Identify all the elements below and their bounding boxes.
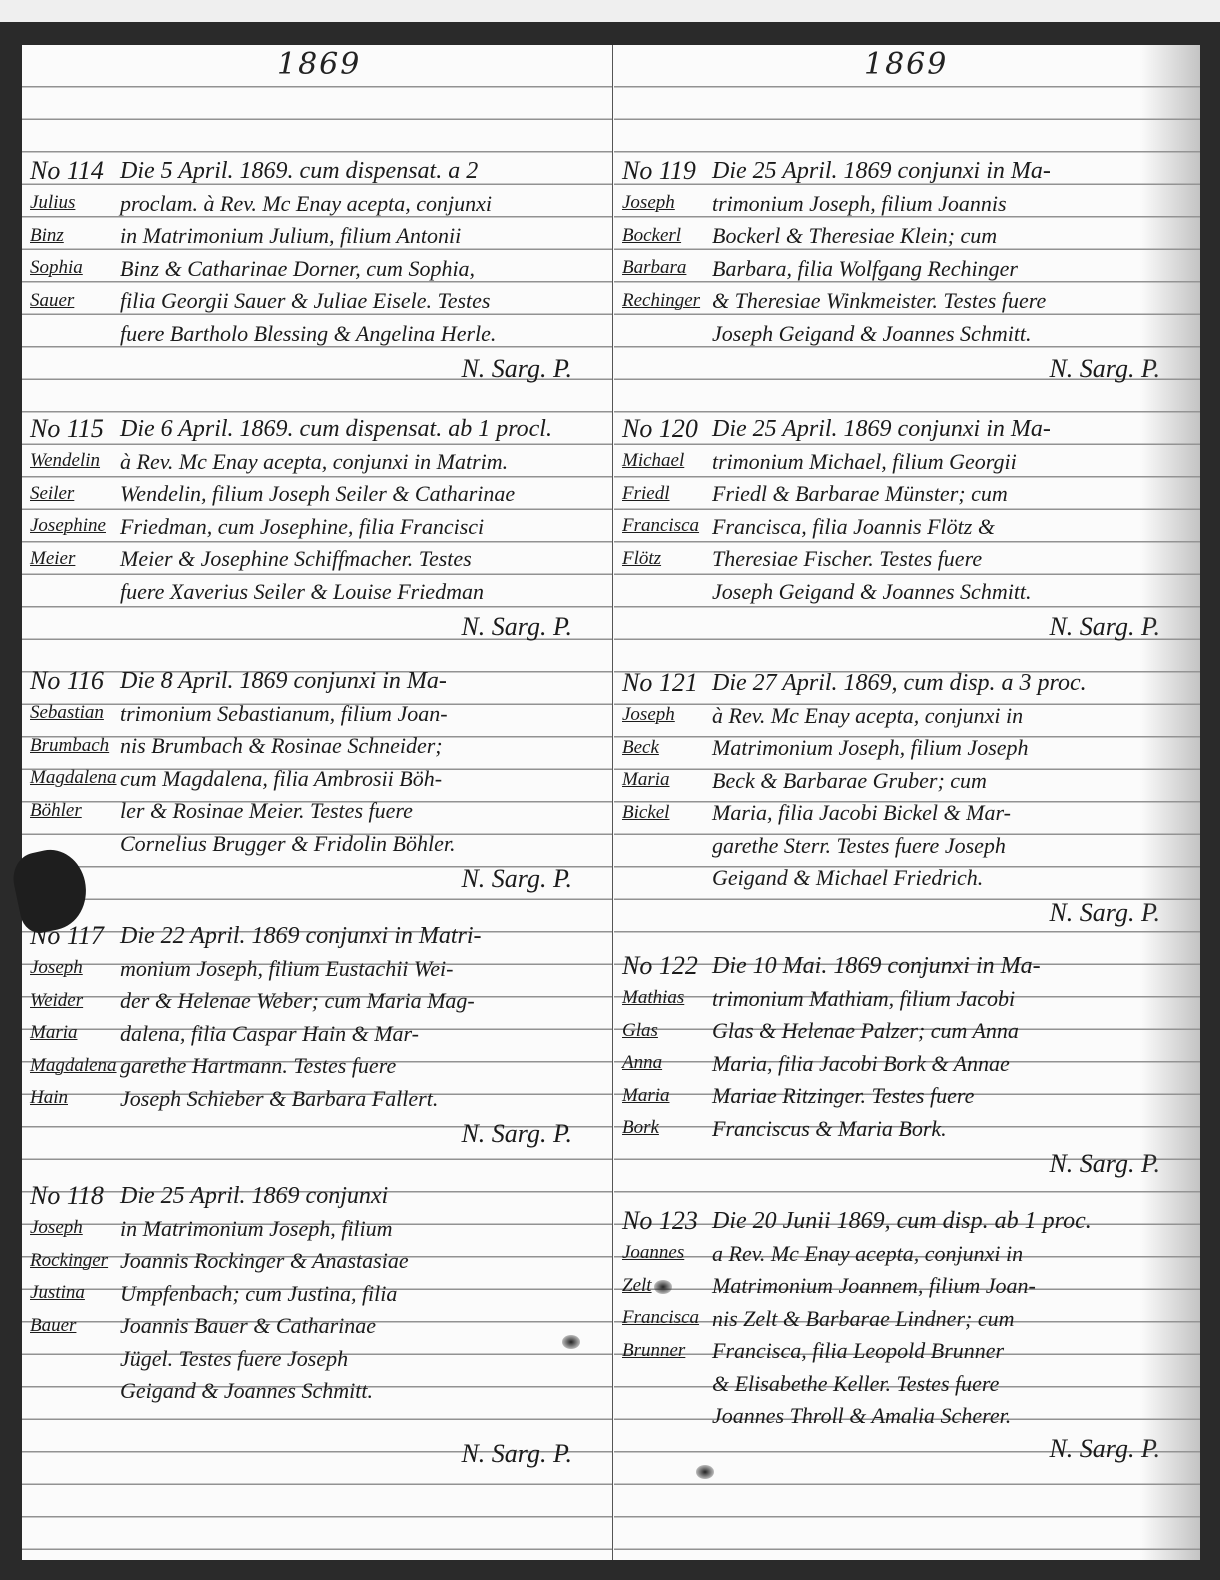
entry-first-line: Die 8 April. 1869 conjunxi in Ma- — [120, 665, 447, 697]
margin-name: Josephine — [30, 510, 120, 543]
margin-name: Flötz — [622, 543, 712, 576]
margin-name: Joseph — [30, 1212, 120, 1245]
margin-name: Maria — [622, 764, 712, 797]
entry-line: nis Brumbach & Rosinae Schneider; — [120, 730, 604, 763]
entry-number: No 122 — [622, 950, 698, 982]
ink-smudge — [654, 1280, 672, 1294]
entry-line: Francisca, filia Joannis Flötz & — [712, 511, 1192, 544]
left-page: 1869 No 114 Die 5 April. 1869. cum dispe… — [22, 45, 613, 1560]
priest-signature: N. Sarg. P. — [461, 1118, 572, 1150]
margin-name: Brumbach — [30, 730, 120, 763]
entry-line: Cornelius Brugger & Fridolin Böhler. — [120, 828, 604, 861]
priest-signature: N. Sarg. P. — [461, 863, 572, 895]
entry-line: Joseph Geigand & Joannes Schmitt. — [712, 576, 1192, 609]
entry-line: trimonium Michael, filium Georgii — [712, 446, 1192, 479]
entry-body: trimonium Joseph, filium Joannis Bockerl… — [712, 188, 1192, 351]
entry-line: monium Joseph, filium Eustachii Wei- — [120, 953, 604, 986]
entry-first-line: Die 25 April. 1869 conjunxi in Ma- — [712, 155, 1051, 187]
entry-number: No 123 — [622, 1205, 698, 1237]
margin-name: Maria — [622, 1080, 712, 1113]
entry-line: Francisca, filia Leopold Brunner — [712, 1335, 1192, 1368]
register-entry: No 122 Die 10 Mai. 1869 conjunxi in Ma- … — [614, 950, 1200, 1190]
margin-names: Joseph Rockinger Justina Bauer — [30, 1212, 120, 1342]
priest-signature: N. Sarg. P. — [1049, 611, 1160, 643]
entry-line: cum Magdalena, filia Ambrosii Böh- — [120, 763, 604, 796]
entry-line: Joannes Throll & Amalia Scherer. — [712, 1400, 1192, 1433]
register-entry: No 118 Die 25 April. 1869 conjunxi Josep… — [22, 1180, 612, 1480]
entry-number: No 115 — [30, 413, 104, 445]
margin-name: Sauer — [30, 285, 120, 318]
margin-name: Seiler — [30, 478, 120, 511]
entry-line: Maria, filia Jacobi Bickel & Mar- — [712, 797, 1192, 830]
entry-number: No 116 — [30, 665, 104, 697]
margin-name: Brunner — [622, 1335, 712, 1368]
entry-first-line: Die 20 Junii 1869, cum disp. ab 1 proc. — [712, 1205, 1092, 1237]
entry-line: Binz & Catharinae Dorner, cum Sophia, — [120, 253, 604, 286]
margin-name: Bauer — [30, 1310, 120, 1343]
margin-name: Joseph — [622, 187, 712, 220]
margin-names: Julius Binz Sophia Sauer — [30, 187, 120, 317]
margin-names: Joseph Weider Maria Magdalena Hain — [30, 952, 120, 1115]
entry-line: Meier & Josephine Schiffmacher. Testes — [120, 543, 604, 576]
entry-number: No 120 — [622, 413, 698, 445]
margin-name: Maria — [30, 1017, 120, 1050]
entry-line: Franciscus & Maria Bork. — [712, 1113, 1192, 1146]
entry-line: & Theresiae Winkmeister. Testes fuere — [712, 285, 1192, 318]
margin-name: Friedl — [622, 478, 712, 511]
register-entry: No 123 Die 20 Junii 1869, cum disp. ab 1… — [614, 1205, 1200, 1485]
entry-line: fuere Bartholo Blessing & Angelina Herle… — [120, 318, 604, 351]
margin-name: Julius — [30, 187, 120, 220]
margin-name: Francisca — [622, 510, 712, 543]
entry-line: trimonium Sebastianum, filium Joan- — [120, 698, 604, 731]
entry-line: Beck & Barbarae Gruber; cum — [712, 765, 1192, 798]
entry-line: Jügel. Testes fuere Joseph — [120, 1343, 604, 1376]
register-entry: No 121 Die 27 April. 1869, cum disp. a 3… — [614, 667, 1200, 927]
entry-line: Theresiae Fischer. Testes fuere — [712, 543, 1192, 576]
entry-line: nis Zelt & Barbarae Lindner; cum — [712, 1303, 1192, 1336]
entry-first-line: Die 10 Mai. 1869 conjunxi in Ma- — [712, 950, 1041, 982]
margin-name: Anna — [622, 1047, 712, 1080]
entry-number: No 119 — [622, 155, 696, 187]
ink-smudge — [696, 1465, 714, 1479]
priest-signature: N. Sarg. P. — [1049, 897, 1160, 929]
entry-body: à Rev. Mc Enay acepta, conjunxi in Matri… — [712, 700, 1192, 895]
entry-line: dalena, filia Caspar Hain & Mar- — [120, 1018, 604, 1051]
margin-names: Wendelin Seiler Josephine Meier — [30, 445, 120, 575]
entry-line: Geigand & Michael Friedrich. — [712, 862, 1192, 895]
margin-name: Mathias — [622, 982, 712, 1015]
margin-name: Meier — [30, 543, 120, 576]
entry-line: trimonium Mathiam, filium Jacobi — [712, 983, 1192, 1016]
margin-name: Sophia — [30, 252, 120, 285]
entry-line: Joannis Rockinger & Anastasiae — [120, 1245, 604, 1278]
register-entry: No 119 Die 25 April. 1869 conjunxi in Ma… — [614, 155, 1200, 395]
margin-name: Rechinger — [622, 285, 712, 318]
entry-body: trimonium Michael, filium Georgii Friedl… — [712, 446, 1192, 609]
entry-first-line: Die 25 April. 1869 conjunxi — [120, 1180, 388, 1212]
margin-names: Joseph Beck Maria Bickel — [622, 699, 712, 829]
priest-signature: N. Sarg. P. — [461, 611, 572, 643]
priest-signature: N. Sarg. P. — [1049, 1433, 1160, 1465]
margin-name: Joseph — [30, 952, 120, 985]
margin-name: Bockerl — [622, 220, 712, 253]
margin-names: Joseph Bockerl Barbara Rechinger — [622, 187, 712, 317]
year-heading: 1869 — [864, 47, 948, 82]
entry-line: in Matrimonium Julium, filium Antonii — [120, 220, 604, 253]
entry-line: Bockerl & Theresiae Klein; cum — [712, 220, 1192, 253]
register-entry: No 115 Die 6 April. 1869. cum dispensat.… — [22, 413, 612, 653]
entry-line: der & Helenae Weber; cum Maria Mag- — [120, 985, 604, 1018]
entry-line: Glas & Helenae Palzer; cum Anna — [712, 1015, 1192, 1048]
margin-name: Binz — [30, 220, 120, 253]
entry-number: No 114 — [30, 155, 104, 187]
entry-line: Umpfenbach; cum Justina, filia — [120, 1278, 604, 1311]
margin-name: Sebastian — [30, 697, 120, 730]
entry-line: proclam. à Rev. Mc Enay acepta, conjunxi — [120, 188, 604, 221]
entry-first-line: Die 5 April. 1869. cum dispensat. a 2 — [120, 155, 478, 187]
entry-line: Joannis Bauer & Catharinae — [120, 1310, 604, 1343]
entry-body: proclam. à Rev. Mc Enay acepta, conjunxi… — [120, 188, 604, 351]
entry-body: in Matrimonium Joseph, filium Joannis Ro… — [120, 1213, 604, 1408]
entry-first-line: Die 22 April. 1869 conjunxi in Matri- — [120, 920, 482, 952]
register-entry: No 120 Die 25 April. 1869 conjunxi in Ma… — [614, 413, 1200, 653]
entry-line: trimonium Joseph, filium Joannis — [712, 188, 1192, 221]
right-page: 1869 No 119 Die 25 April. 1869 conjunxi … — [614, 45, 1200, 1560]
entry-line: a Rev. Mc Enay acepta, conjunxi in — [712, 1238, 1192, 1271]
entry-line: Joseph Schieber & Barbara Fallert. — [120, 1083, 604, 1116]
entry-line: & Elisabethe Keller. Testes fuere — [712, 1368, 1192, 1401]
entry-line: Joseph Geigand & Joannes Schmitt. — [712, 318, 1192, 351]
margin-name: Rockinger — [30, 1245, 120, 1278]
entry-line: à Rev. Mc Enay acepta, conjunxi in — [712, 700, 1192, 733]
entry-line: Barbara, filia Wolfgang Rechinger — [712, 253, 1192, 286]
margin-names: Sebastian Brumbach Magdalena Böhler — [30, 697, 120, 827]
priest-signature: N. Sarg. P. — [1049, 1148, 1160, 1180]
margin-name: Magdalena — [30, 1050, 120, 1083]
entry-line: ler & Rosinae Meier. Testes fuere — [120, 795, 604, 828]
margin-name: Joannes — [622, 1237, 712, 1270]
entry-number: No 118 — [30, 1180, 104, 1212]
margin-name: Barbara — [622, 252, 712, 285]
entry-number: No 121 — [622, 667, 698, 699]
priest-signature: N. Sarg. P. — [1049, 353, 1160, 385]
margin-names: Michael Friedl Francisca Flötz — [622, 445, 712, 575]
entry-line: in Matrimonium Joseph, filium — [120, 1213, 604, 1246]
margin-name: Bork — [622, 1112, 712, 1145]
priest-signature: N. Sarg. P. — [461, 353, 572, 385]
entry-line: filia Georgii Sauer & Juliae Eisele. Tes… — [120, 285, 604, 318]
register-entry: No 116 Die 8 April. 1869 conjunxi in Ma-… — [22, 665, 612, 905]
margin-name: Bickel — [622, 797, 712, 830]
ink-smudge — [562, 1335, 580, 1349]
margin-name: Glas — [622, 1015, 712, 1048]
margin-name: Magdalena — [30, 762, 120, 795]
margin-names: Mathias Glas Anna Maria Bork — [622, 982, 712, 1145]
entry-first-line: Die 27 April. 1869, cum disp. a 3 proc. — [712, 667, 1087, 699]
entry-line: Geigand & Joannes Schmitt. — [120, 1375, 604, 1408]
entry-line: Friedl & Barbarae Münster; cum — [712, 478, 1192, 511]
margin-name: Böhler — [30, 795, 120, 828]
margin-name: Weider — [30, 985, 120, 1018]
priest-signature: N. Sarg. P. — [461, 1438, 572, 1470]
year-heading: 1869 — [277, 47, 361, 82]
entry-line: Maria, filia Jacobi Bork & Annae — [712, 1048, 1192, 1081]
margin-name: Hain — [30, 1082, 120, 1115]
entry-first-line: Die 25 April. 1869 conjunxi in Ma- — [712, 413, 1051, 445]
entry-body: trimonium Sebastianum, filium Joan- nis … — [120, 698, 604, 861]
entry-line: à Rev. Mc Enay acepta, conjunxi in Matri… — [120, 446, 604, 479]
margin-name: Joseph — [622, 699, 712, 732]
margin-name: Beck — [622, 732, 712, 765]
entry-body: a Rev. Mc Enay acepta, conjunxi in Matri… — [712, 1238, 1192, 1433]
entry-body: à Rev. Mc Enay acepta, conjunxi in Matri… — [120, 446, 604, 609]
scan-top-margin — [0, 0, 1220, 22]
margin-name: Justina — [30, 1277, 120, 1310]
entry-line: Friedman, cum Josephine, filia Francisci — [120, 511, 604, 544]
entry-line: Matrimonium Joannem, filium Joan- — [712, 1270, 1192, 1303]
entry-line: Matrimonium Joseph, filium Joseph — [712, 732, 1192, 765]
entry-line: Mariae Ritzinger. Testes fuere — [712, 1080, 1192, 1113]
entry-line: fuere Xaverius Seiler & Louise Friedman — [120, 576, 604, 609]
entry-line: garethe Sterr. Testes fuere Joseph — [712, 830, 1192, 863]
register-entry: No 117 Die 22 April. 1869 conjunxi in Ma… — [22, 920, 612, 1160]
entry-line: garethe Hartmann. Testes fuere — [120, 1050, 604, 1083]
margin-name: Francisca — [622, 1302, 712, 1335]
entry-body: monium Joseph, filium Eustachii Wei- der… — [120, 953, 604, 1116]
entry-first-line: Die 6 April. 1869. cum dispensat. ab 1 p… — [120, 413, 552, 445]
register-book: 1869 No 114 Die 5 April. 1869. cum dispe… — [22, 45, 1200, 1560]
entry-line: Wendelin, filium Joseph Seiler & Cathari… — [120, 478, 604, 511]
margin-names: Joannes Zelt Francisca Brunner — [622, 1237, 712, 1367]
margin-name: Wendelin — [30, 445, 120, 478]
margin-name: Michael — [622, 445, 712, 478]
register-entry: No 114 Die 5 April. 1869. cum dispensat.… — [22, 155, 612, 395]
entry-body: trimonium Mathiam, filium Jacobi Glas & … — [712, 983, 1192, 1146]
